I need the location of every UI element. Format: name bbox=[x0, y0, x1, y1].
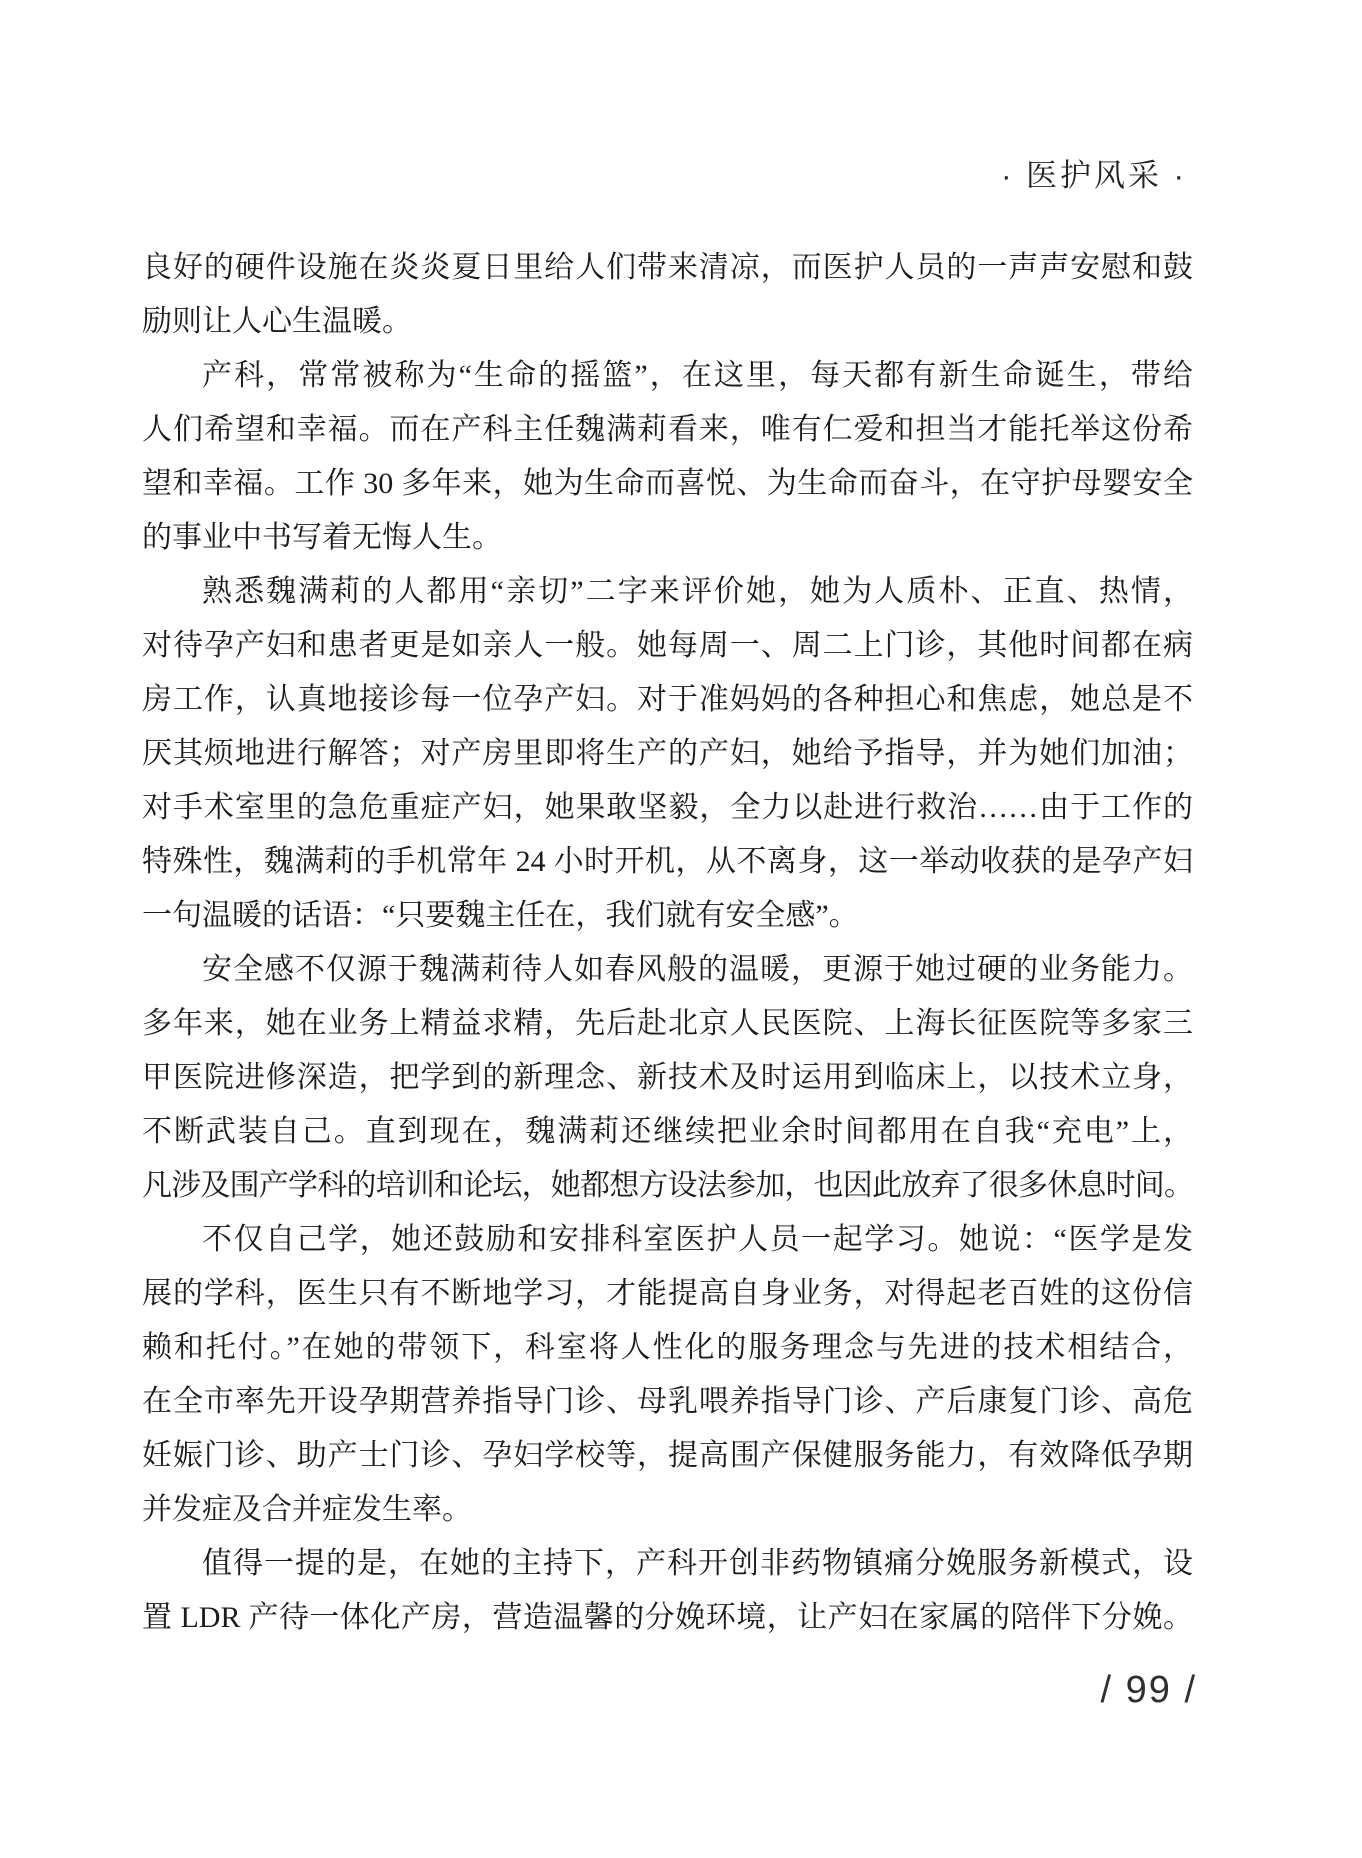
text-line: 特殊性，魏满莉的手机常年 24 小时开机，从不离身，这一举动收获的是孕产妇 bbox=[142, 835, 1193, 889]
section-header: · 医护风采 · bbox=[1001, 158, 1187, 194]
text-line: 对手术室里的急危重症产妇，她果敢坚毅，全力以赴进行救治……由于工作的 bbox=[142, 781, 1193, 835]
text-line: 妊娠门诊、助产士门诊、孕妇学校等，提高围产保健服务能力，有效降低孕期 bbox=[142, 1429, 1193, 1483]
text-line: 凡涉及围产学科的培训和论坛，她都想方设法参加，也因此放弃了很多休息时间。 bbox=[142, 1159, 1193, 1213]
text-line: 房工作，认真地接诊每一位孕产妇。对于准妈妈的各种担心和焦虑，她总是不 bbox=[142, 673, 1193, 727]
text-line: 不断武装自己。直到现在，魏满莉还继续把业余时间都用在自我“充电”上， bbox=[142, 1105, 1193, 1159]
text-line: 熟悉魏满莉的人都用“亲切”二字来评价她，她为人质朴、正直、热情， bbox=[142, 565, 1193, 619]
page-number: / 99 / bbox=[1101, 1670, 1198, 1710]
text-line: 展的学科，医生只有不断地学习，才能提高自身业务，对得起老百姓的这份信 bbox=[142, 1267, 1193, 1321]
text-line: 的事业中书写着无悔人生。 bbox=[142, 511, 1193, 565]
text-line: 不仅自己学，她还鼓励和安排科室医护人员一起学习。她说：“医学是发 bbox=[142, 1213, 1193, 1267]
text-line: 一句温暖的话语：“只要魏主任在，我们就有安全感”。 bbox=[142, 889, 1193, 943]
text-line: 多年来，她在业务上精益求精，先后赴北京人民医院、上海长征医院等多家三 bbox=[142, 997, 1193, 1051]
text-line: 望和幸福。工作 30 多年来，她为生命而喜悦、为生命而奋斗，在守护母婴安全 bbox=[142, 457, 1193, 511]
text-line: 并发症及合并症发生率。 bbox=[142, 1483, 1193, 1537]
text-line: 置 LDR 产待一体化产房，营造温馨的分娩环境，让产妇在家属的陪伴下分娩。 bbox=[142, 1591, 1193, 1645]
text-line: 甲医院进修深造，把学到的新理念、新技术及时运用到临床上，以技术立身， bbox=[142, 1051, 1193, 1105]
book-page: · 医护风采 · 良好的硬件设施在炎炎夏日里给人们带来清凉，而医护人员的一声声安… bbox=[0, 0, 1362, 1858]
text-line: 人们希望和幸福。而在产科主任魏满莉看来，唯有仁爱和担当才能托举这份希 bbox=[142, 403, 1193, 457]
text-line: 产科，常常被称为“生命的摇篮”，在这里，每天都有新生命诞生，带给 bbox=[142, 349, 1193, 403]
text-line: 励则让人心生温暖。 bbox=[142, 295, 1193, 349]
text-line: 在全市率先开设孕期营养指导门诊、母乳喂养指导门诊、产后康复门诊、高危 bbox=[142, 1375, 1193, 1429]
text-line: 赖和托付。”在她的带领下，科室将人性化的服务理念与先进的技术相结合， bbox=[142, 1321, 1193, 1375]
text-line: 安全感不仅源于魏满莉待人如春风般的温暖，更源于她过硬的业务能力。 bbox=[142, 943, 1193, 997]
text-line: 良好的硬件设施在炎炎夏日里给人们带来清凉，而医护人员的一声声安慰和鼓 bbox=[142, 241, 1193, 295]
text-line: 厌其烦地进行解答；对产房里即将生产的产妇，她给予指导，并为她们加油； bbox=[142, 727, 1193, 781]
text-line: 值得一提的是，在她的主持下，产科开创非药物镇痛分娩服务新模式，设 bbox=[142, 1537, 1193, 1591]
text-line: 对待孕产妇和患者更是如亲人一般。她每周一、周二上门诊，其他时间都在病 bbox=[142, 619, 1193, 673]
body-text: 良好的硬件设施在炎炎夏日里给人们带来清凉，而医护人员的一声声安慰和鼓励则让人心生… bbox=[142, 241, 1193, 1645]
